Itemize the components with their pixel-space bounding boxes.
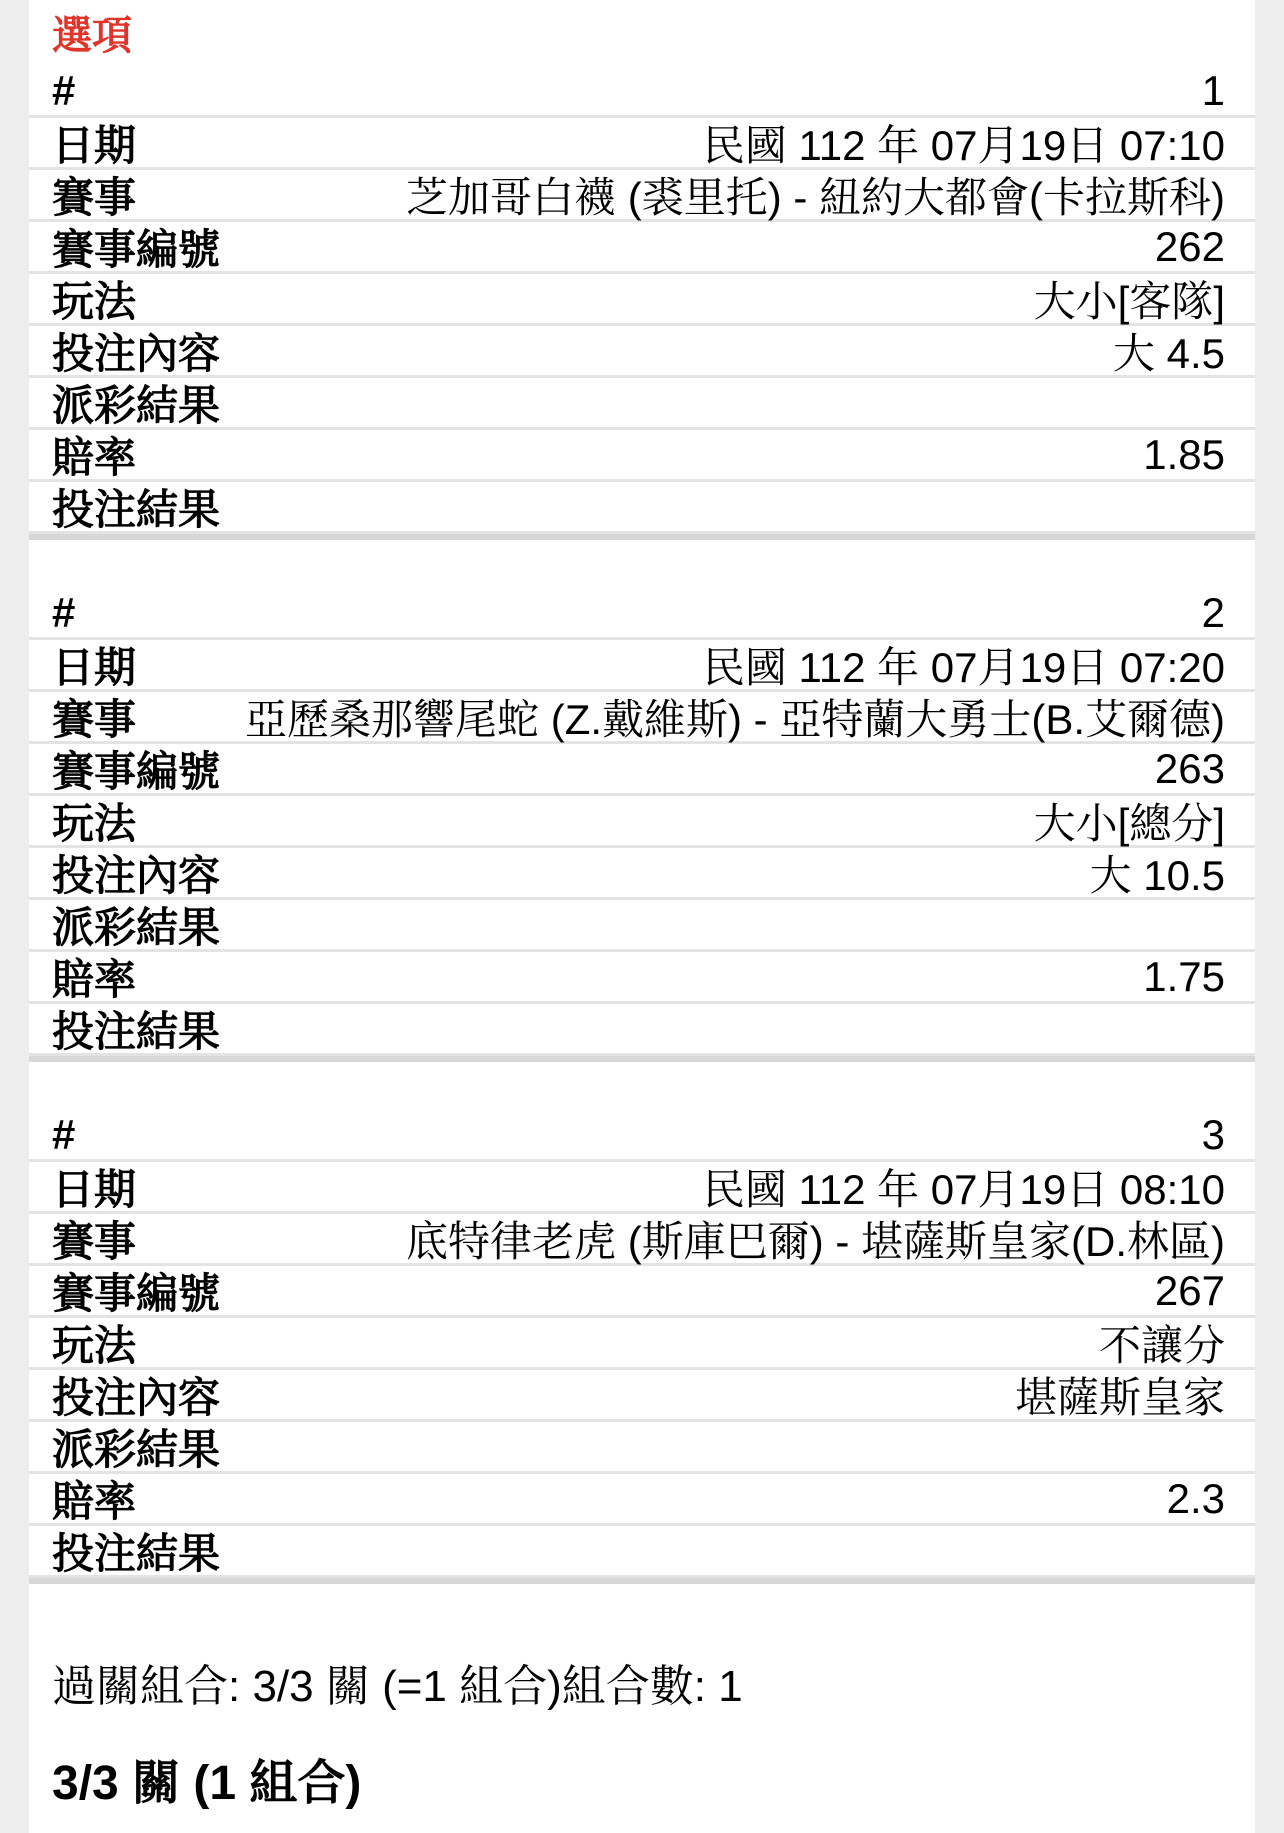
bet-content-label: 投注內容 [52, 321, 220, 381]
field-row-date: 日期 民國 112 年 07月19日 08:10 [29, 1162, 1255, 1214]
bet-result-label: 投注結果 [52, 1521, 220, 1581]
payout-result-label: 派彩結果 [52, 895, 220, 955]
bet-content-label: 投注內容 [52, 843, 220, 903]
bet-result-label: 投注結果 [52, 477, 220, 537]
date-value: 民國 112 年 07月19日 07:20 [703, 635, 1225, 695]
date-value: 民國 112 年 07月19日 08:10 [703, 1157, 1225, 1217]
bet-result-label: 投注結果 [52, 999, 220, 1059]
index-value: 2 [1202, 589, 1225, 637]
index-value: 1 [1202, 67, 1225, 115]
field-row-date: 日期 民國 112 年 07月19日 07:10 [29, 118, 1255, 170]
bet-content-label: 投注內容 [52, 1365, 220, 1425]
field-row-bet-result: 投注結果 [29, 1004, 1255, 1056]
bet-content-value: 大 10.5 [1090, 843, 1225, 903]
play-type-value: 不讓分 [1099, 1313, 1225, 1373]
field-row-odds: 賠率 1.85 [29, 430, 1255, 482]
date-label: 日期 [52, 1157, 136, 1217]
selection-block-2: # 2 日期 民國 112 年 07月19日 07:20 賽事 亞歷桑那響尾蛇 … [29, 588, 1255, 1062]
field-row-play-type: 玩法 大小[客隊] [29, 274, 1255, 326]
field-row-event-no: 賽事編號 262 [29, 222, 1255, 274]
field-row-bet-result: 投注結果 [29, 482, 1255, 534]
event-value: 芝加哥白襪 (裘里托) - 紐約大都會(卡拉斯科) [406, 165, 1225, 225]
odds-value: 1.75 [1143, 953, 1225, 1001]
field-row-payout-result: 派彩結果 [29, 1422, 1255, 1474]
bet-content-value: 堪薩斯皇家 [1015, 1365, 1225, 1425]
event-label: 賽事 [52, 1209, 136, 1269]
odds-label: 賠率 [52, 425, 136, 485]
play-type-value: 大小[客隊] [1034, 269, 1225, 329]
field-row-bet-result: 投注結果 [29, 1526, 1255, 1578]
event-no-value: 263 [1155, 745, 1225, 793]
field-row-event: 賽事 亞歷桑那響尾蛇 (Z.戴維斯) - 亞特蘭大勇士(B.艾爾德) [29, 692, 1255, 744]
parlay-footer-text: 3/3 關 (1 組合) [29, 1755, 1255, 1813]
event-label: 賽事 [52, 165, 136, 225]
play-type-label: 玩法 [52, 791, 136, 851]
date-label: 日期 [52, 635, 136, 695]
event-no-value: 262 [1155, 223, 1225, 271]
event-label: 賽事 [52, 687, 136, 747]
field-row-play-type: 玩法 大小[總分] [29, 796, 1255, 848]
index-label: # [52, 67, 75, 115]
field-row-payout-result: 派彩結果 [29, 378, 1255, 430]
bet-detail-panel: 選項 # 1 日期 民國 112 年 07月19日 07:10 賽事 芝加哥白襪… [29, 0, 1255, 1813]
selection-block-3: # 3 日期 民國 112 年 07月19日 08:10 賽事 底特律老虎 (斯… [29, 1110, 1255, 1584]
selection-block-1: # 1 日期 民國 112 年 07月19日 07:10 賽事 芝加哥白襪 (裘… [29, 66, 1255, 540]
payout-result-label: 派彩結果 [52, 373, 220, 433]
date-value: 民國 112 年 07月19日 07:10 [703, 113, 1225, 173]
field-row-index: # 1 [29, 66, 1255, 118]
field-row-index: # 2 [29, 588, 1255, 640]
play-type-value: 大小[總分] [1034, 791, 1225, 851]
right-margin-strip [1255, 0, 1284, 1833]
field-row-index: # 3 [29, 1110, 1255, 1162]
field-row-odds: 賠率 1.75 [29, 952, 1255, 1004]
index-label: # [52, 589, 75, 637]
play-type-label: 玩法 [52, 1313, 136, 1373]
index-label: # [52, 1111, 75, 1159]
left-margin-strip [0, 0, 29, 1833]
field-row-event: 賽事 底特律老虎 (斯庫巴爾) - 堪薩斯皇家(D.林區) [29, 1214, 1255, 1266]
odds-value: 2.3 [1167, 1475, 1225, 1523]
play-type-label: 玩法 [52, 269, 136, 329]
event-no-value: 267 [1155, 1267, 1225, 1315]
field-row-event-no: 賽事編號 263 [29, 744, 1255, 796]
section-title: 選項 [29, 0, 1255, 60]
event-value: 底特律老虎 (斯庫巴爾) - 堪薩斯皇家(D.林區) [406, 1209, 1225, 1269]
field-row-bet-content: 投注內容 堪薩斯皇家 [29, 1370, 1255, 1422]
date-label: 日期 [52, 113, 136, 173]
parlay-summary-text: 過關組合: 3/3 關 (=1 組合)組合數: 1 [29, 1659, 1255, 1715]
field-row-odds: 賠率 2.3 [29, 1474, 1255, 1526]
event-value: 亞歷桑那響尾蛇 (Z.戴維斯) - 亞特蘭大勇士(B.艾爾德) [245, 687, 1225, 747]
field-row-bet-content: 投注內容 大 4.5 [29, 326, 1255, 378]
field-row-event: 賽事 芝加哥白襪 (裘里托) - 紐約大都會(卡拉斯科) [29, 170, 1255, 222]
index-value: 3 [1202, 1111, 1225, 1159]
event-no-label: 賽事編號 [52, 1261, 220, 1321]
field-row-date: 日期 民國 112 年 07月19日 07:20 [29, 640, 1255, 692]
field-row-play-type: 玩法 不讓分 [29, 1318, 1255, 1370]
field-row-payout-result: 派彩結果 [29, 900, 1255, 952]
odds-label: 賠率 [52, 947, 136, 1007]
bet-content-value: 大 4.5 [1113, 321, 1225, 381]
field-row-event-no: 賽事編號 267 [29, 1266, 1255, 1318]
event-no-label: 賽事編號 [52, 739, 220, 799]
odds-label: 賠率 [52, 1469, 136, 1529]
field-row-bet-content: 投注內容 大 10.5 [29, 848, 1255, 900]
payout-result-label: 派彩結果 [52, 1417, 220, 1477]
event-no-label: 賽事編號 [52, 217, 220, 277]
odds-value: 1.85 [1143, 431, 1225, 479]
